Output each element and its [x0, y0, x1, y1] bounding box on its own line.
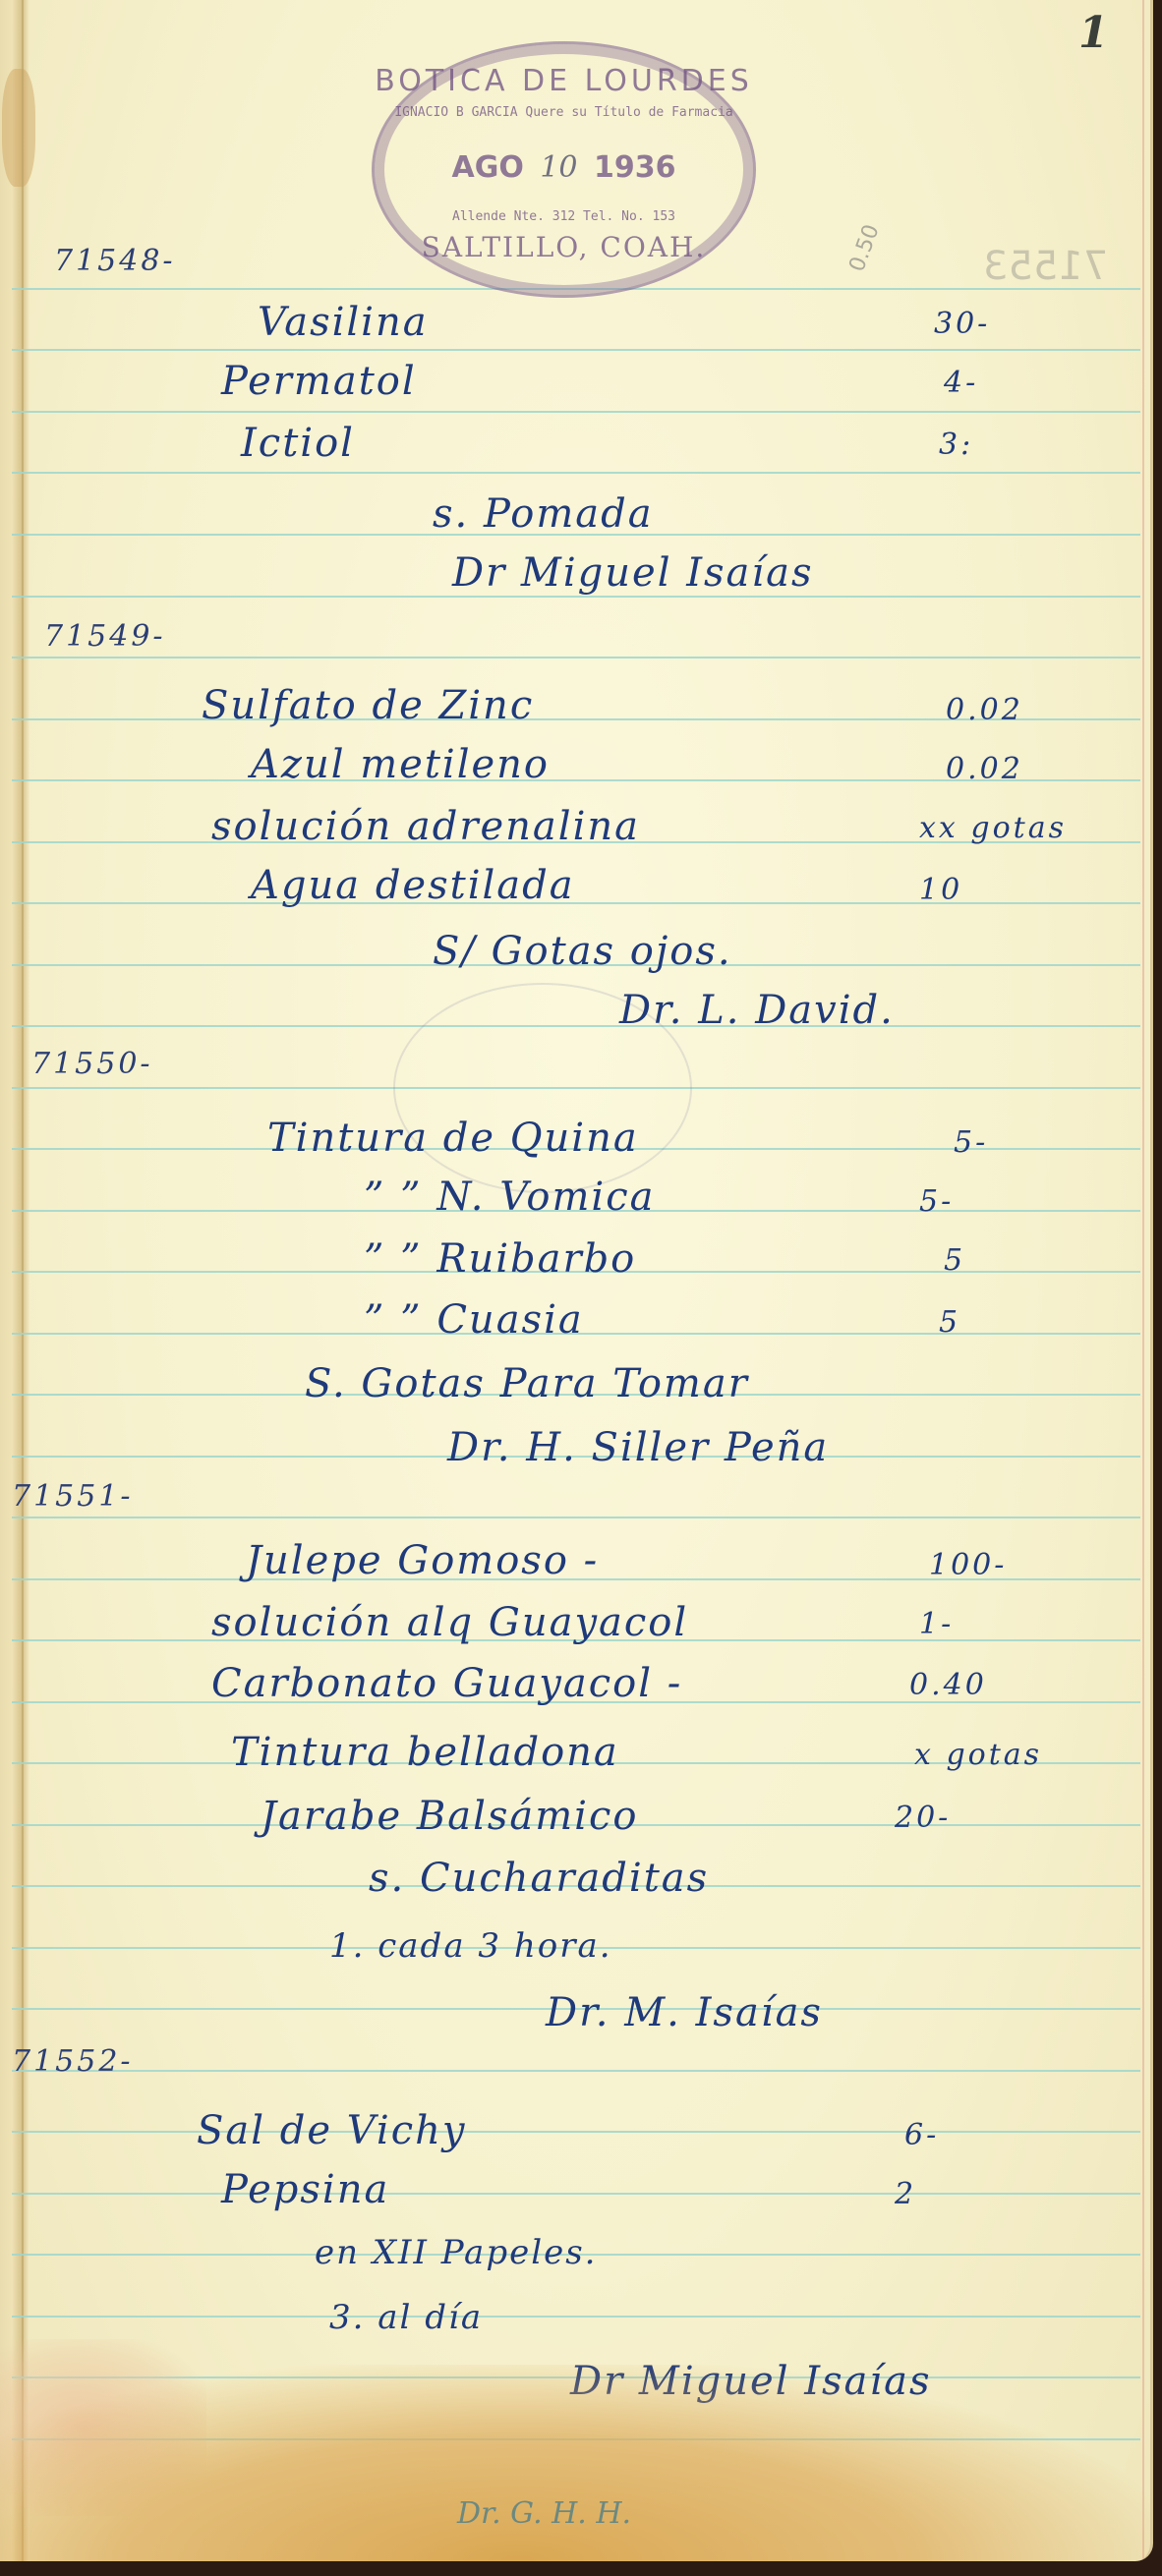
ingredient-name: solución adrenalina [211, 804, 640, 849]
prescription-number: 71548- [54, 244, 176, 278]
ingredient-name: ” ” Ruibarbo [364, 1236, 636, 1282]
pharmacy-stamp: BOTICA DE LOURDES IGNACIO B GARCIA Quere… [372, 41, 756, 298]
ingredient-qty: 4- [944, 366, 978, 400]
ingredient-name: Permatol [221, 359, 417, 404]
doctor-signature: Dr. M. Isaías [546, 1990, 823, 2035]
ingredient-qty: 5 [939, 1305, 960, 1340]
stamp-day: 10 [540, 150, 577, 185]
pencil-note: Dr. G. H. H. [457, 2496, 631, 2531]
ingredient-name: Jarabe Balsámico [261, 1794, 638, 1839]
ruled-line [12, 2131, 1140, 2133]
ingredient-name: Ictiol [241, 421, 355, 466]
ingredient-name: Pepsina [221, 2167, 389, 2212]
spine-stain [2, 69, 35, 187]
stamp-owner: IGNACIO B GARCIA Quere su Título de Farm… [375, 105, 753, 120]
instructions: 3. al día [329, 2298, 483, 2337]
prescription-number: 71550- [31, 1047, 153, 1081]
ingredient-qty: 3: [939, 428, 973, 462]
ingredient-qty: 0.40 [909, 1668, 987, 1702]
ingredient-qty: 100- [929, 1548, 1007, 1582]
stamp-year: 1936 [594, 150, 676, 185]
ingredient-name: Vasilina [258, 300, 429, 345]
ingredient-name: Azul metileno [251, 742, 550, 787]
stamp-month: AGO [452, 150, 524, 185]
ruled-line [12, 411, 1140, 413]
ingredient-qty: 2 [895, 2177, 916, 2211]
instructions: 1. cada 3 hora. [329, 1926, 612, 1966]
prescription-number: 71552- [12, 2044, 134, 2079]
ingredient-qty: xx gotas [919, 811, 1067, 845]
stamp-city: SALTILLO, COAH. [375, 231, 753, 263]
doctor-signature: Dr. L. David. [619, 988, 895, 1033]
doctor-signature: Dr Miguel Isaías [452, 550, 814, 596]
instructions: S/ Gotas ojos. [433, 929, 732, 974]
instructions: s. Pomada [433, 491, 654, 537]
prescription-number: 71549- [44, 619, 166, 654]
margin-note: 0.50 [844, 221, 884, 275]
instructions: S. Gotas Para Tomar [305, 1361, 749, 1406]
right-margin-line [1142, 0, 1144, 2561]
ingredient-name: Sulfato de Zinc [202, 683, 534, 728]
ingredient-qty: 5- [954, 1125, 988, 1160]
prescription-number: 71551- [12, 1479, 134, 1514]
ingredient-qty: 1- [919, 1607, 954, 1641]
ingredient-name: ” ” N. Vomica [364, 1174, 655, 1220]
water-stain-bottom [0, 2365, 1150, 2561]
ruled-line [12, 2193, 1140, 2195]
ingredient-qty: x gotas [914, 1738, 1042, 1772]
stamp-address: Allende Nte. 312 Tel. No. 153 [375, 209, 753, 224]
ingredient-qty: 5- [919, 1184, 954, 1219]
ingredient-name: Tintura belladona [231, 1730, 619, 1775]
ruled-line [12, 1517, 1140, 1518]
ruled-line [12, 657, 1140, 658]
instructions: en XII Papeles. [315, 2233, 597, 2272]
page-number: 1 [1078, 8, 1109, 58]
ingredient-name: ” ” Cuasia [364, 1297, 584, 1343]
ingredient-name: Julepe Gomoso - [246, 1538, 599, 1583]
doctor-signature: Dr. H. Siller Peña [447, 1425, 829, 1470]
ingredient-qty: 20- [895, 1801, 951, 1835]
ingredient-qty: 5 [944, 1243, 965, 1278]
spine-fold-line [22, 0, 24, 2561]
ingredient-name: Tintura de Quina [267, 1116, 639, 1161]
ingredient-qty: 6- [904, 2118, 939, 2152]
bleed-through-number: 71553 [983, 244, 1108, 289]
ruled-line [12, 472, 1140, 474]
ruled-line [12, 349, 1140, 351]
ingredient-name: Sal de Vichy [197, 2108, 467, 2153]
ingredient-name: solución alq Guayacol [211, 1600, 688, 1645]
ruled-line [12, 2070, 1140, 2072]
book-spine [0, 0, 29, 2561]
ruled-line [12, 596, 1140, 598]
ruled-line [12, 902, 1140, 904]
stamp-pharmacy-name: BOTICA DE LOURDES [375, 64, 753, 98]
ruled-line [12, 2316, 1140, 2318]
ingredient-qty: 0.02 [946, 693, 1023, 727]
stamp-date: AGO 10 1936 [375, 150, 753, 185]
instructions: s. Cucharaditas [369, 1856, 709, 1901]
ingredient-qty: 0.02 [946, 752, 1023, 786]
ingredient-name: Carbonato Guayacol - [211, 1661, 682, 1706]
ingredient-qty: 30- [934, 307, 990, 341]
ledger-page: 71553 0.50 1 BOTICA DE LOURDES IGNACIO B… [0, 0, 1153, 2561]
ingredient-name: Agua destilada [251, 863, 575, 908]
ingredient-qty: 10 [919, 873, 962, 907]
